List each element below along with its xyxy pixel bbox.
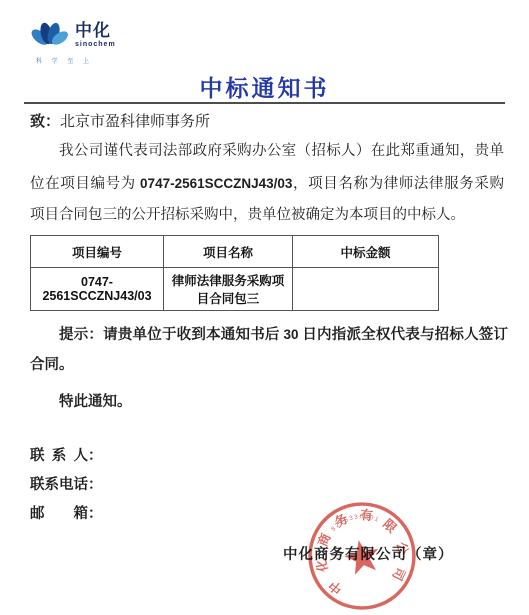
seal-star-icon xyxy=(342,536,383,576)
header-project-number: 项目编号 xyxy=(31,236,164,268)
table-row: 0747-2561SCCZNJ43/03 律师法律服务采购项目合同包三 xyxy=(31,268,439,311)
project-number: 0747-2561SCCZNJ43/03 xyxy=(140,176,292,191)
title-divider xyxy=(24,102,505,104)
contact-email-line: 邮箱： xyxy=(30,500,103,529)
svg-text:商: 商 xyxy=(315,531,334,549)
page-title: 中标通知书 xyxy=(0,70,529,103)
contact-person-line: 联系人： xyxy=(30,442,103,471)
notice-text-1: 提示：请贵单位于收到本通知书后 xyxy=(59,327,283,343)
cell-project-number: 0747-2561SCCZNJ43/03 xyxy=(31,268,164,311)
contact-person-label: 联系人 xyxy=(30,442,88,471)
contact-block: 联系人： 联系电话： 邮箱： xyxy=(30,442,103,529)
svg-text:化: 化 xyxy=(313,557,331,574)
contact-email-label: 邮箱 xyxy=(30,500,88,529)
cell-project-name: 律师法律服务采购项目合同包三 xyxy=(164,268,293,311)
recipient-line: 致：北京市盈科律师事务所 xyxy=(30,110,210,131)
recipient-label: 致 xyxy=(30,114,45,130)
sinochem-flower-icon xyxy=(30,18,70,52)
recipient-colon: ： xyxy=(45,114,60,130)
logo-brand-en: sinochem xyxy=(75,41,116,48)
notice-days: 30 xyxy=(283,327,298,342)
contact-phone-line: 联系电话： xyxy=(30,471,103,500)
closing-line: 特此通知。 xyxy=(30,390,430,411)
intro-paragraph: 我公司谨代表司法部政府采购办公室（招标人）在此郑重通知，贵单位在项目编号为 07… xyxy=(30,136,504,232)
svg-text:限: 限 xyxy=(380,517,399,536)
logo-tagline: 科 学 至 上 xyxy=(36,56,140,65)
logo-brand-cn: 中化 xyxy=(75,22,116,39)
company-seal: 中化商务有限公司 1020335128 xyxy=(296,490,429,615)
svg-text:1: 1 xyxy=(374,516,380,524)
svg-text:3: 3 xyxy=(354,513,359,521)
header-project-name: 项目名称 xyxy=(164,236,293,268)
contact-phone-label: 联系电话 xyxy=(30,471,88,500)
contact-colon: ： xyxy=(88,477,103,493)
recipient-name: 北京市盈科律师事务所 xyxy=(60,114,210,130)
svg-text:0: 0 xyxy=(360,513,364,520)
table-header-row: 项目编号 项目名称 中标金额 xyxy=(31,236,439,268)
header-award-amount: 中标金额 xyxy=(293,236,439,268)
svg-text:公: 公 xyxy=(394,541,410,556)
contact-colon: ： xyxy=(88,448,103,464)
award-table: 项目编号 项目名称 中标金额 0747-2561SCCZNJ43/03 律师法律… xyxy=(30,235,439,311)
cell-award-amount xyxy=(293,268,439,311)
notice-paragraph: 提示：请贵单位于收到本通知书后 30 日内指派全权代表与招标人签订合同。 xyxy=(30,320,508,380)
sinochem-logo: 中化 sinochem 科 学 至 上 xyxy=(30,18,140,65)
svg-text:司: 司 xyxy=(389,565,408,583)
contact-colon: ： xyxy=(88,506,103,522)
